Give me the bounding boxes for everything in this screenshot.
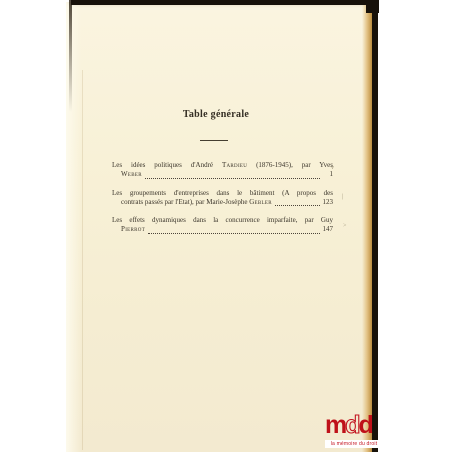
book-cover-top-edge xyxy=(71,0,379,5)
author-name: Pierrot xyxy=(121,225,145,233)
entry-line1: Les groupements d'entreprises dans le bâ… xyxy=(112,189,333,198)
dot-leader xyxy=(148,233,319,234)
page-left-shadow xyxy=(69,0,72,112)
page-crease xyxy=(82,70,83,450)
logo-letter-d-outline: d xyxy=(345,411,358,439)
entry-text: contrats passés par l'Etat), par Marie-J… xyxy=(121,198,249,206)
book-cover-corner xyxy=(366,0,379,13)
dot-leader xyxy=(145,178,320,179)
logo-letter-d: d xyxy=(359,411,372,439)
entry-text: Pierrot xyxy=(121,225,145,234)
toc-entry: Les groupements d'entreprises dans le bâ… xyxy=(112,189,333,208)
author-name: Weber xyxy=(121,170,142,178)
toc-entry: Les effets dynamiques dans la concurrenc… xyxy=(112,216,333,235)
toc-entries: Les idées politiques d'André Tardieu (18… xyxy=(112,161,333,244)
pencil-mark: v xyxy=(331,165,334,171)
page-number: 147 xyxy=(323,225,334,234)
logo-letter-m: m xyxy=(325,411,345,439)
page-number: 1 xyxy=(323,170,333,179)
page-number: 123 xyxy=(323,198,334,207)
entry-text: Les groupements d'entreprises dans le bâ… xyxy=(112,189,333,197)
book-cover-right-edge xyxy=(372,3,378,452)
entry-line2: Weber 1 xyxy=(112,170,333,179)
dot-leader xyxy=(275,205,320,206)
author-name: Tardieu xyxy=(222,161,247,169)
entry-text: Les effets dynamiques dans la concurrenc… xyxy=(112,216,333,224)
entry-line1: Les idées politiques d'André Tardieu (18… xyxy=(112,161,333,170)
entry-text: Les idées politiques d'André xyxy=(112,161,222,169)
entry-text: Weber xyxy=(121,170,142,179)
toc-entry: Les idées politiques d'André Tardieu (18… xyxy=(112,161,333,180)
title-rule xyxy=(200,140,228,141)
entry-line2: Pierrot 147 xyxy=(112,225,333,234)
author-name: Gebler xyxy=(249,198,272,206)
pencil-mark: > xyxy=(343,223,346,229)
entry-line2: contrats passés par l'Etat), par Marie-J… xyxy=(112,198,333,207)
entry-text: (1876-1945), par Yves xyxy=(247,161,333,169)
pencil-mark: | xyxy=(342,194,343,200)
scanned-book-photo: Table générale Les idées politiques d'An… xyxy=(0,0,452,452)
mdd-logo-tagline: la mémoire du droit xyxy=(325,440,383,448)
mdd-logo: mdd la mémoire du droit xyxy=(325,412,383,448)
entry-text: contrats passés par l'Etat), par Marie-J… xyxy=(121,198,272,207)
entry-line1: Les effets dynamiques dans la concurrenc… xyxy=(112,216,333,225)
mdd-logo-letters: mdd xyxy=(325,412,383,439)
page-title: Table générale xyxy=(104,109,328,120)
